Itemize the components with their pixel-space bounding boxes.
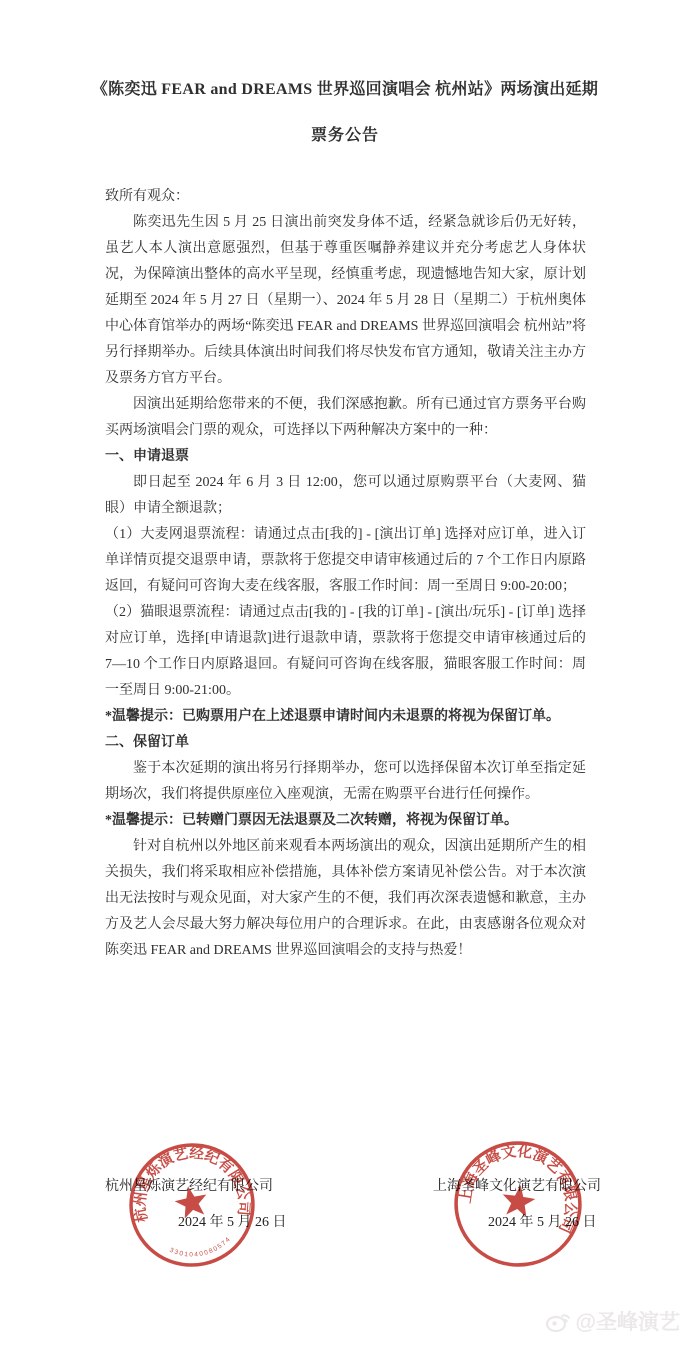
section2-tip: *温馨提示：已转赠门票因无法退票及二次转赠，将视为保留订单。 <box>105 808 586 834</box>
seal-right-arc-text: 上海圣峰文化演艺有限公司 <box>454 1134 587 1236</box>
seal-left-arc-text: 杭州星烁演艺经纪有限公司 <box>120 1133 257 1241</box>
weibo-watermark: @圣峰演艺 <box>546 1306 680 1336</box>
document-title: 《陈奕迅 FEAR and DREAMS 世界巡回演唱会 杭州站》两场演出延期 <box>0 76 690 99</box>
paragraph-postpone-reason: 陈奕迅先生因 5 月 25 日演出前突发身体不适，经紧急就诊后仍无好转，虽艺人本… <box>105 210 586 392</box>
announcement-document: 《陈奕迅 FEAR and DREAMS 世界巡回演唱会 杭州站》两场演出延期 … <box>0 0 690 1347</box>
watermark-handle: @圣峰演艺 <box>576 1306 680 1336</box>
company-seal-right-icon: 上海圣峰文化演艺有限公司 <box>441 1129 594 1279</box>
closing-paragraph: 针对自杭州以外地区前来观看本两场演出的观众，因演出延期所产生的相关损失，我们将采… <box>105 834 586 964</box>
refund-step-maoyan: （2）猫眼退票流程：请通过点击[我的] - [我的订单] - [演出/玩乐] -… <box>105 600 586 704</box>
section2-body: 鉴于本次延期的演出将另行择期举办，您可以选择保留本次订单至指定延期场次，我们将提… <box>105 756 586 808</box>
weibo-icon <box>546 1310 572 1332</box>
section1-intro: 即日起至 2024 年 6 月 3 日 12:00，您可以通过原购票平台（大麦网… <box>105 470 586 522</box>
svg-text:3301040080574: 3301040080574 <box>167 1234 235 1264</box>
paragraph-apology-options: 因演出延期给您带来的不便，我们深感抱歉。所有已通过官方票务平台购买两场演唱会门票… <box>105 392 586 444</box>
section2-heading: 二、保留订单 <box>105 730 586 756</box>
salutation: 致所有观众： <box>105 184 586 210</box>
seal-left-number: 3301040080574 <box>167 1234 235 1264</box>
company-seal-left-icon: 杭州星烁演艺经纪有限公司 3301040080574 <box>114 1128 270 1283</box>
svg-text:上海圣峰文化演艺有限公司: 上海圣峰文化演艺有限公司 <box>454 1134 587 1236</box>
section1-heading: 一、申请退票 <box>105 444 586 470</box>
svg-text:杭州星烁演艺经纪有限公司: 杭州星烁演艺经纪有限公司 <box>120 1133 257 1241</box>
seal-star-icon <box>172 1183 210 1220</box>
document-subtitle: 票务公告 <box>0 122 690 145</box>
document-body: 致所有观众： 陈奕迅先生因 5 月 25 日演出前突发身体不适，经紧急就诊后仍无… <box>105 184 586 964</box>
seal-star-icon <box>500 1183 537 1219</box>
section1-tip: *温馨提示：已购票用户在上述退票申请时间内未退票的将视为保留订单。 <box>105 704 586 730</box>
refund-step-damai: （1）大麦网退票流程：请通过点击[我的] - [演出订单] 选择对应订单，进入订… <box>105 522 586 600</box>
